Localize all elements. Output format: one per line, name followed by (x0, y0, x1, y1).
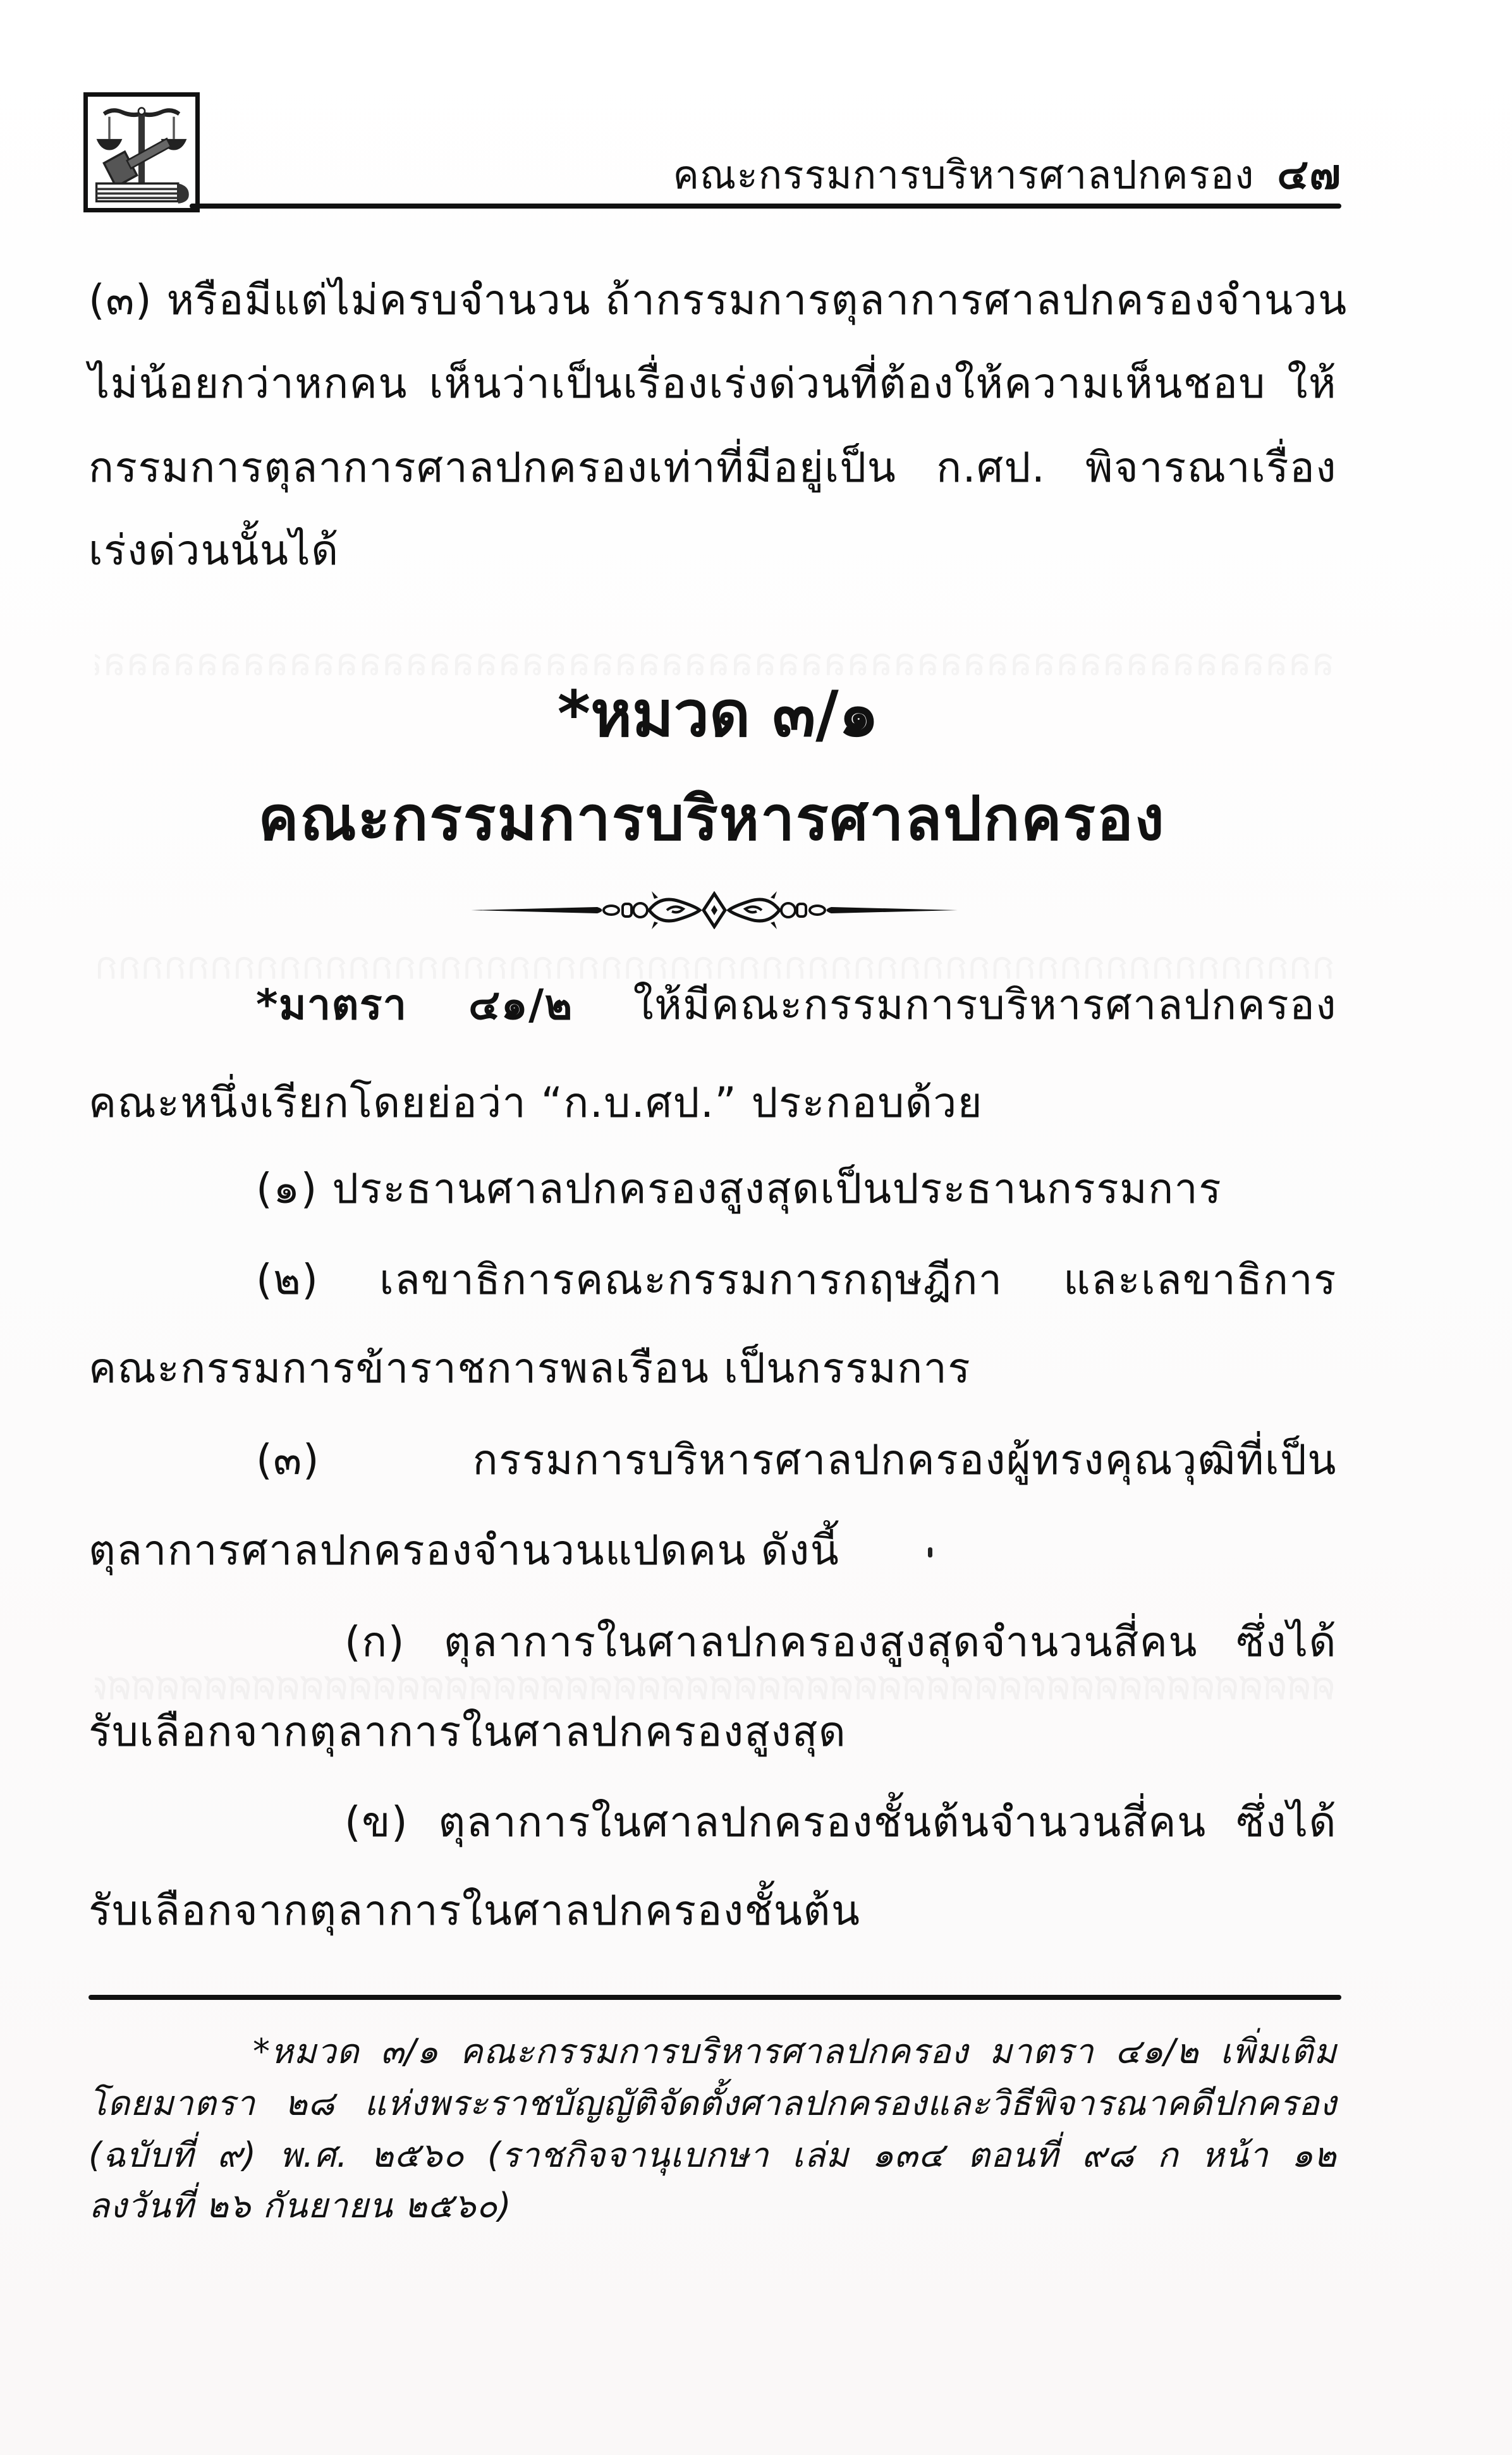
paragraph-line: (๓) หรือมีแต่ไม่ครบจำนวน ถ้ากรรมการตุลาก… (88, 272, 1337, 329)
page-number: ๔๗ (1277, 150, 1341, 198)
footnote-line: (ฉบับที่ ๙) พ.ศ. ๒๕๖๐ (ราชกิจจานุเบกษา เ… (88, 2131, 1337, 2179)
header-rule (190, 204, 1341, 209)
list-item-3: (๓) กรรมการบริหารศาลปกครองผู้ทรงคุณวุฒิท… (256, 1432, 1337, 1489)
sub-item-a-cont: รับเลือกจากตุลาการในศาลปกครองสูงสุด (88, 1703, 1337, 1760)
list-item-2: (๒) เลขาธิการคณะกรรมการกฤษฎีกา และเลขาธิ… (256, 1252, 1337, 1308)
paragraph-line: ไม่น้อยกว่าหกคน เห็นว่าเป็นเรื่องเร่งด่ว… (88, 355, 1337, 412)
footnote-rule (88, 1995, 1341, 2000)
footnote-line: ลงวันที่ ๒๖ กันยายน ๒๕๖๐) (88, 2182, 1337, 2230)
section-label: *มาตรา ๔๑/๒ (256, 980, 573, 1029)
section-heading-line: *มาตรา ๔๑/๒ ให้มีคณะกรรมการบริหารศาลปกคร… (256, 977, 1337, 1033)
chapter-title: คณะกรรมการบริหารศาลปกครอง (0, 777, 1512, 860)
paragraph-line: เร่งด่วนนั้นได้ (88, 522, 1337, 579)
paragraph-line: กรรมการตุลาการศาลปกครองเท่าที่มีอยู่เป็น… (88, 439, 1337, 496)
running-header: คณะกรรมการบริหารศาลปกครอง๔๗ (673, 149, 1341, 200)
court-logo (83, 92, 200, 212)
decorative-divider-icon (471, 891, 958, 929)
footnote-line: โดยมาตรา ๒๘ แห่งพระราชบัญญัติจัดตั้งศาลป… (88, 2080, 1337, 2128)
scales-of-justice-gavel-book-icon (88, 97, 195, 208)
section-intro-line: คณะหนึ่งเรียกโดยย่อว่า “ก.บ.ศป.” ประกอบด… (88, 1075, 1337, 1131)
footnote-line: *หมวด ๓/๑ คณะกรรมการบริหารศาลปกครอง มาตร… (253, 2028, 1337, 2076)
sub-item-b: (ข) ตุลาการในศาลปกครองชั้นต้นจำนวนสี่คน … (344, 1794, 1337, 1851)
list-item-3-cont: ตุลาการศาลปกครองจำนวนแปดคน ดังนี้ (88, 1522, 1337, 1579)
book-page: ลลลลลลลลลลลลลลลลลลลลลลลลลลลลลลลลลลลลลลลล… (0, 0, 1512, 2455)
running-header-title: คณะกรรมการบริหารศาลปกครอง (673, 152, 1254, 198)
sub-item-a: (ก) ตุลาการในศาลปกครองสูงสุดจำนวนสี่คน ซ… (344, 1614, 1337, 1671)
chapter-ornament (471, 891, 958, 929)
sub-item-b-cont: รับเลือกจากตุลาการในศาลปกครองชั้นต้น (88, 1882, 1337, 1939)
scan-speck (928, 1547, 932, 1557)
list-item-1: (๑) ประธานศาลปกครองสูงสุดเป็นประธานกรรมก… (256, 1160, 1337, 1217)
chapter-number: *หมวด ๓/๑ (0, 676, 1512, 752)
section-intro: ให้มีคณะกรรมการบริหารศาลปกครอง (633, 980, 1337, 1029)
list-item-2-cont: คณะกรรมการข้าราชการพลเรือน เป็นกรรมการ (88, 1340, 1337, 1397)
